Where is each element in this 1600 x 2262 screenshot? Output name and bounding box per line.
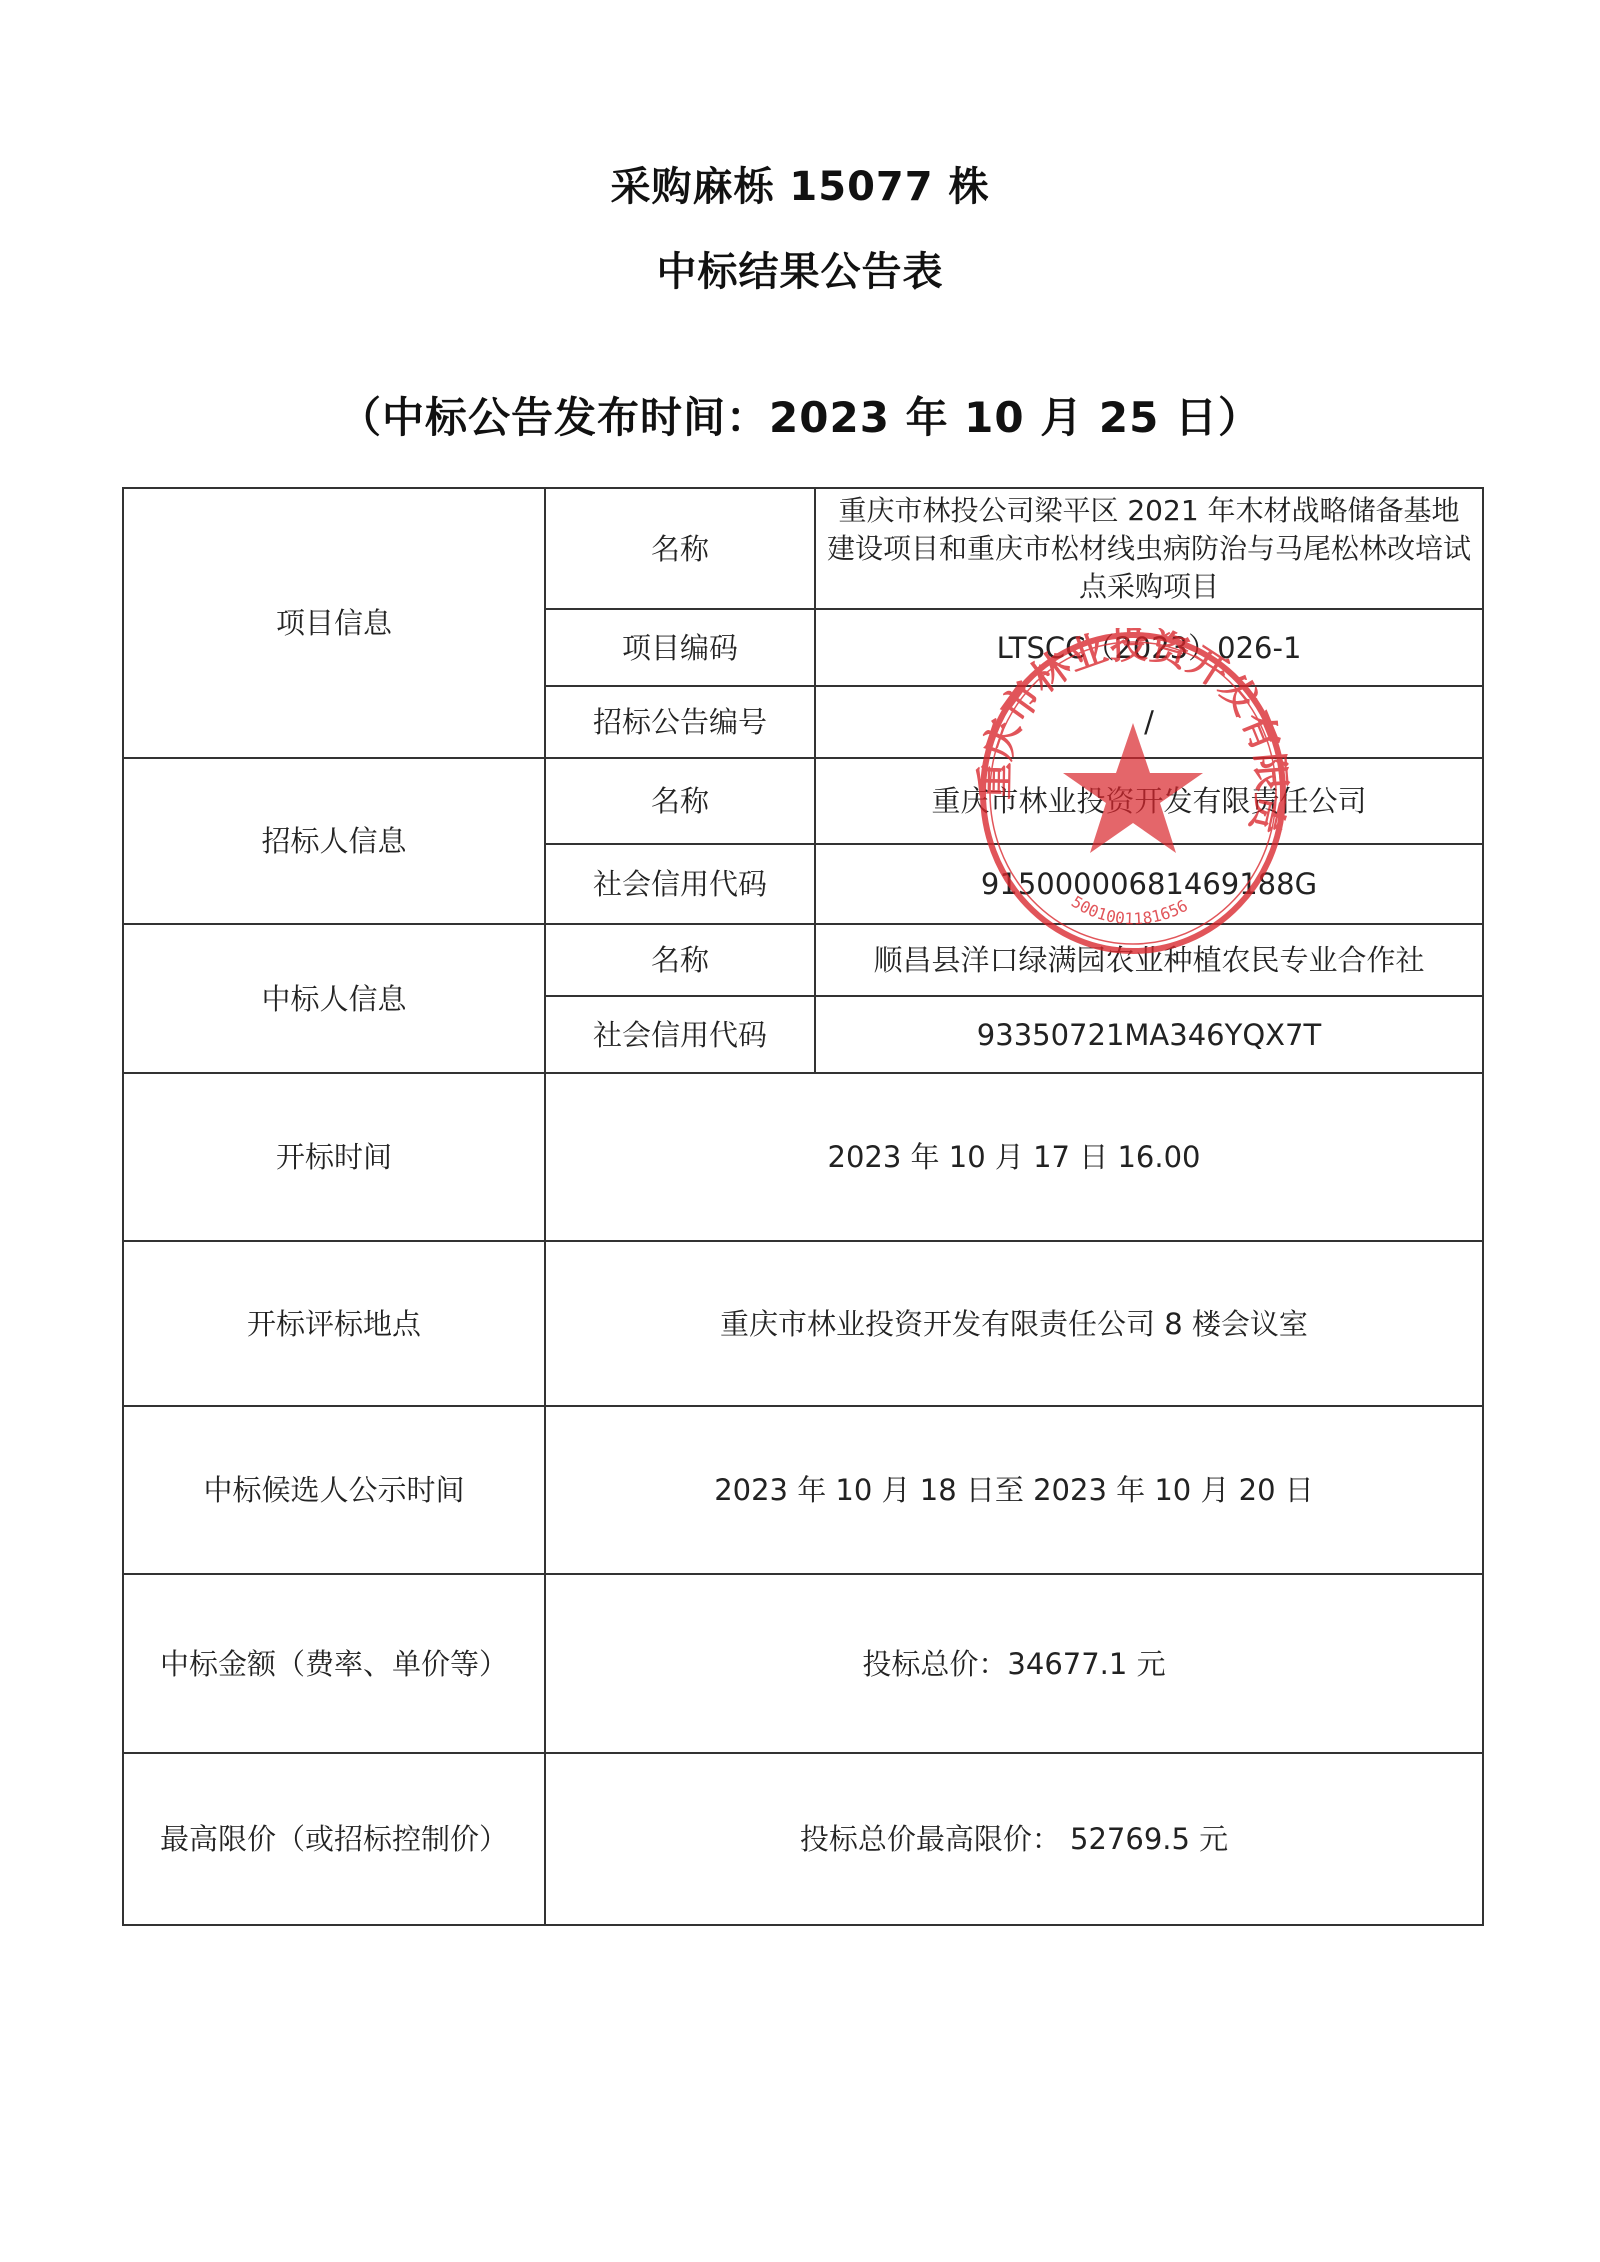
project-code-value: LTSCC（2023）026-1: [815, 609, 1483, 686]
tenderer-credit-value: 91500000681469188G: [815, 844, 1483, 924]
winner-info-label: 中标人信息: [123, 924, 545, 1073]
candidate-publicity-label: 中标候选人公示时间: [123, 1406, 545, 1574]
document-title: 采购麻栎 15077 株: [0, 155, 1600, 212]
notice-number-label: 招标公告编号: [545, 686, 815, 758]
opening-location-value: 重庆市林业投资开发有限责任公司 8 楼会议室: [545, 1241, 1483, 1406]
document-subtitle: 中标结果公告表: [0, 240, 1600, 297]
project-name-value: 重庆市林投公司梁平区 2021 年木材战略储备基地建设项目和重庆市松材线虫病防治…: [815, 488, 1483, 609]
opening-time-value: 2023 年 10 月 17 日 16.00: [545, 1073, 1483, 1241]
opening-time-label: 开标时间: [123, 1073, 545, 1241]
winner-name-label: 名称: [545, 924, 815, 996]
opening-location-label: 开标评标地点: [123, 1241, 545, 1406]
tenderer-credit-label: 社会信用代码: [545, 844, 815, 924]
max-price-value: 投标总价最高限价： 52769.5 元: [545, 1753, 1483, 1925]
tenderer-name-value: 重庆市林业投资开发有限责任公司: [815, 758, 1483, 844]
winner-credit-label: 社会信用代码: [545, 996, 815, 1073]
result-table: 项目信息 名称 重庆市林投公司梁平区 2021 年木材战略储备基地建设项目和重庆…: [122, 487, 1484, 1926]
publish-date-line: （中标公告发布时间：2023 年 10 月 25 日）: [0, 385, 1600, 445]
project-name-label: 名称: [545, 488, 815, 609]
bid-amount-label: 中标金额（费率、单价等）: [123, 1574, 545, 1753]
winner-name-value: 顺昌县洋口绿满园农业种植农民专业合作社: [815, 924, 1483, 996]
tenderer-info-label: 招标人信息: [123, 758, 545, 924]
project-code-label: 项目编码: [545, 609, 815, 686]
tenderer-name-label: 名称: [545, 758, 815, 844]
winner-credit-value: 93350721MA346YQX7T: [815, 996, 1483, 1073]
bid-amount-value: 投标总价：34677.1 元: [545, 1574, 1483, 1753]
project-info-label: 项目信息: [123, 488, 545, 758]
notice-number-value: /: [815, 686, 1483, 758]
max-price-label: 最高限价（或招标控制价）: [123, 1753, 545, 1925]
candidate-publicity-value: 2023 年 10 月 18 日至 2023 年 10 月 20 日: [545, 1406, 1483, 1574]
